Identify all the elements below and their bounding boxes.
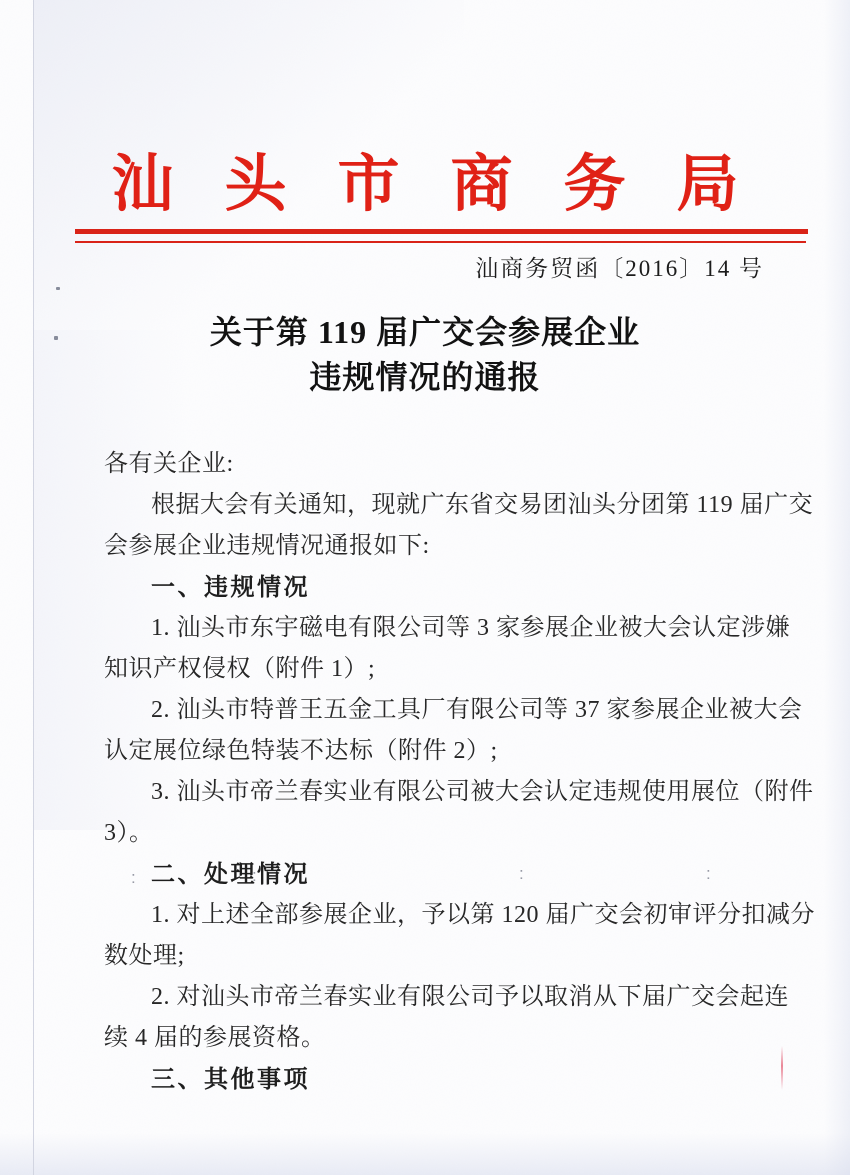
- section-heading-violations: 一、违规情况: [104, 567, 768, 608]
- letterhead-rule-thin: [75, 241, 806, 243]
- scan-speck: [54, 336, 58, 340]
- body-line: 数处理;: [104, 936, 768, 977]
- salutation-line: 各有关企业:: [104, 444, 768, 485]
- body-line: 2. 对汕头市帝兰春实业有限公司予以取消从下届广交会起连: [104, 977, 768, 1018]
- body-line: 1. 对上述全部参展企业，予以第 120 届广交会初审评分扣减分: [104, 895, 768, 936]
- scan-red-streak: [781, 1046, 783, 1090]
- scan-speck: :: [706, 864, 711, 884]
- body-line: 3）。: [104, 813, 768, 854]
- document-body: 各有关企业: 根据大会有关通知，现就广东省交易团汕头分团第 119 届广交 会参…: [104, 444, 768, 1100]
- section-heading-other: 三、其他事项: [104, 1059, 768, 1100]
- scan-speck: :: [252, 866, 257, 886]
- scanned-document-page: 汕头市商务局 汕商务贸函〔2016〕14 号 关于第 119 届广交会参展企业 …: [0, 0, 850, 1175]
- body-line: 会参展企业违规情况通报如下:: [104, 526, 768, 567]
- scan-shading-bottom: [0, 1133, 850, 1175]
- scan-speck: :: [131, 868, 136, 888]
- body-line: 3. 汕头市帝兰春实业有限公司被大会认定违规使用展位（附件: [104, 772, 768, 813]
- body-line: 1. 汕头市东宇磁电有限公司等 3 家参展企业被大会认定涉嫌: [104, 608, 768, 649]
- scan-speck: [56, 287, 60, 290]
- body-line: 续 4 届的参展资格。: [104, 1018, 768, 1059]
- document-title: 关于第 119 届广交会参展企业 违规情况的通报: [0, 310, 850, 400]
- body-line: 知识产权侵权（附件 1）;: [104, 649, 768, 690]
- document-title-line1: 关于第 119 届广交会参展企业: [0, 310, 850, 355]
- scan-speck: :: [519, 864, 524, 884]
- letterhead-rule-thick: [75, 229, 808, 234]
- section-heading-handling: 二、处理情况: [104, 854, 768, 895]
- body-line: 2. 汕头市特普王五金工具厂有限公司等 37 家参展企业被大会: [104, 690, 768, 731]
- body-line: 根据大会有关通知，现就广东省交易团汕头分团第 119 届广交: [104, 485, 768, 526]
- body-line: 认定展位绿色特装不达标（附件 2）;: [104, 731, 768, 772]
- document-title-line2: 违规情况的通报: [0, 355, 850, 400]
- letterhead-org-name: 汕头市商务局: [0, 134, 850, 223]
- document-number: 汕商务贸函〔2016〕14 号: [475, 250, 764, 283]
